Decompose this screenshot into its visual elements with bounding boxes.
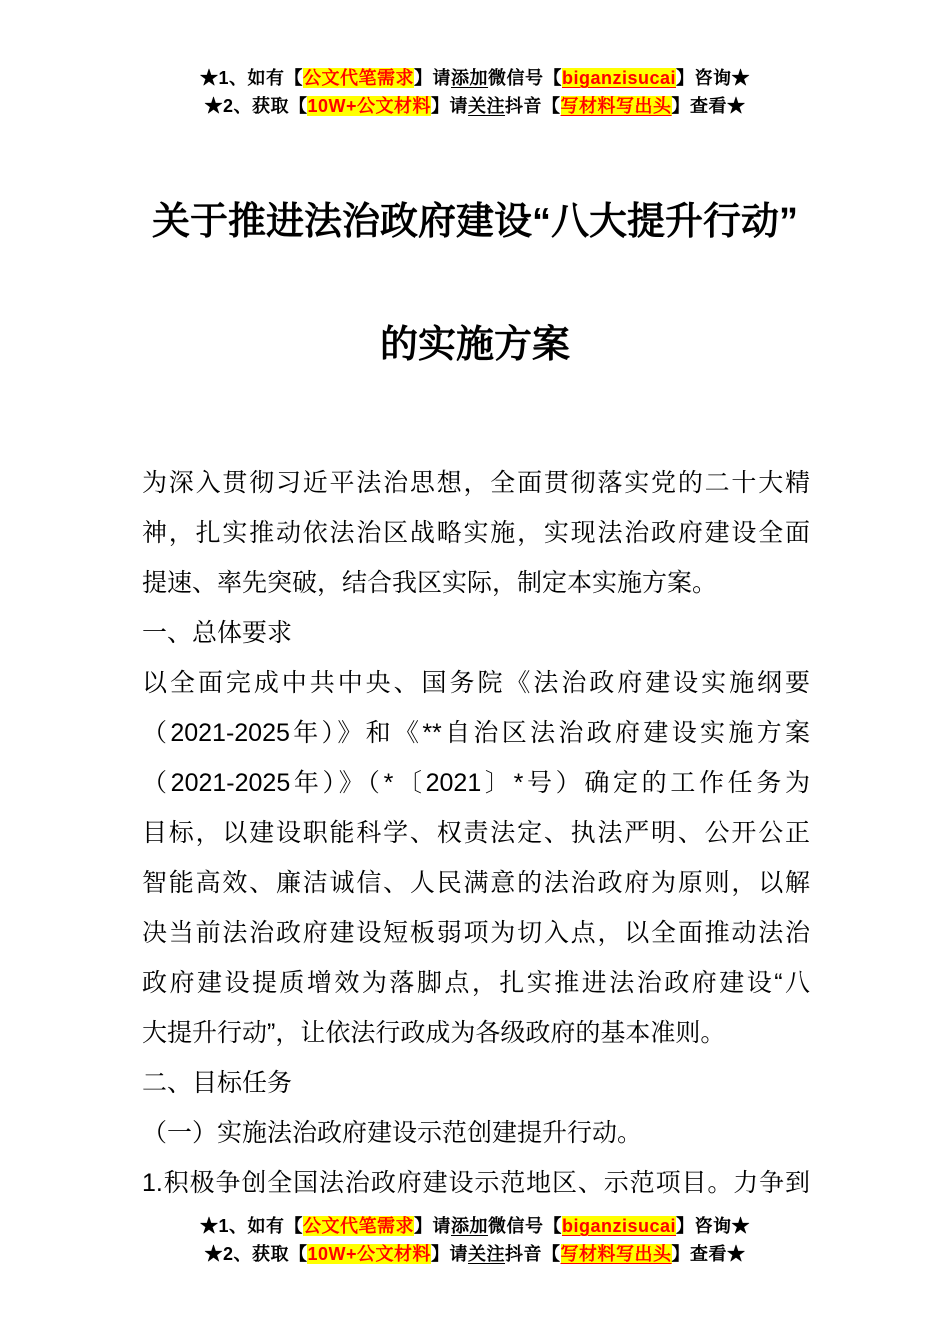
document-title-line2: 的实施方案 [0, 322, 950, 368]
promo-wechat-id: biganzisucai [562, 68, 676, 88]
document-body: 为深入贯彻习近平法治思想，全面贯彻落实党的二十大精神，扎实推动依法治区战略实施，… [142, 458, 810, 1208]
promo-highlight-materials: 10W+公文材料 [307, 1244, 431, 1264]
promo-underline-add: 添加 [451, 1216, 488, 1236]
promo-douyin-id: 写材料写出头 [561, 96, 672, 116]
promo-line-1: ★1、如有【公文代笔需求】请添加微信号【biganzisucai】咨询★ [0, 1212, 950, 1240]
body-line: 目标，以建设职能科学、权责法定、执法严明、公开公正 [142, 808, 810, 858]
promo-highlight-service: 公文代笔需求 [303, 1216, 414, 1236]
header-promo: ★1、如有【公文代笔需求】请添加微信号【biganzisucai】咨询★★2、获… [0, 64, 950, 120]
promo-text: ★1、如有【 [200, 1216, 303, 1236]
promo-line-2: ★2、获取【10W+公文材料】请关注抖音【写材料写出头】查看★ [0, 1240, 950, 1268]
promo-underline-follow: 关注 [468, 1244, 505, 1264]
body-line: （2021-2025年）》和《**自治区法治政府建设实施方案 [142, 708, 810, 758]
body-line: 智能高效、廉洁诚信、人民满意的法治政府为原则，以解 [142, 858, 810, 908]
promo-text: 微信号【 [488, 68, 562, 88]
body-line: （2021-2025年）》（*〔2021〕*号）确定的工作任务为 [142, 758, 810, 808]
promo-text: 】查看★ [672, 1244, 746, 1264]
document-page: ★1、如有【公文代笔需求】请添加微信号【biganzisucai】咨询★★2、获… [0, 0, 950, 1344]
document-title-line1: 关于推进法治政府建设“八大提升行动” [0, 199, 950, 245]
body-line: 大提升行动”，让依法行政成为各级政府的基本准则。 [142, 1008, 810, 1058]
body-line: 决当前法治政府建设短板弱项为切入点，以全面推动法治 [142, 908, 810, 958]
promo-underline-follow: 关注 [468, 96, 505, 116]
promo-wechat-id: biganzisucai [562, 1216, 676, 1236]
promo-highlight-materials: 10W+公文材料 [307, 96, 431, 116]
promo-text: 】咨询★ [676, 1216, 750, 1236]
footer-promo: ★1、如有【公文代笔需求】请添加微信号【biganzisucai】咨询★★2、获… [0, 1212, 950, 1268]
promo-douyin-id: 写材料写出头 [561, 1244, 672, 1264]
body-line: 提速、率先突破，结合我区实际，制定本实施方案。 [142, 558, 810, 608]
body-line: 为深入贯彻习近平法治思想，全面贯彻落实党的二十大精 [142, 458, 810, 508]
promo-text: 抖音【 [505, 1244, 561, 1264]
body-line: 神，扎实推动依法治区战略实施，实现法治政府建设全面 [142, 508, 810, 558]
promo-underline-add: 添加 [451, 68, 488, 88]
promo-text: 微信号【 [488, 1216, 562, 1236]
body-line: 政府建设提质增效为落脚点，扎实推进法治政府建设“八 [142, 958, 810, 1008]
promo-text: ★1、如有【 [200, 68, 303, 88]
promo-text: ★2、获取【 [204, 96, 307, 116]
promo-line-1: ★1、如有【公文代笔需求】请添加微信号【biganzisucai】咨询★ [0, 64, 950, 92]
promo-text: 抖音【 [505, 96, 561, 116]
promo-text: 】咨询★ [676, 68, 750, 88]
promo-text: 】请 [414, 1216, 451, 1236]
promo-highlight-service: 公文代笔需求 [303, 68, 414, 88]
heading-overall-requirements: 一、总体要求 [142, 608, 810, 658]
promo-text: 】请 [414, 68, 451, 88]
promo-line-2: ★2、获取【10W+公文材料】请关注抖音【写材料写出头】查看★ [0, 92, 950, 120]
promo-text: 】查看★ [672, 96, 746, 116]
promo-text: 】请 [431, 1244, 468, 1264]
heading-target-tasks: 二、目标任务 [142, 1058, 810, 1108]
promo-text: 】请 [431, 96, 468, 116]
body-line: 以全面完成中共中央、国务院《法治政府建设实施纲要 [142, 658, 810, 708]
subheading-action-1: （一）实施法治政府建设示范创建提升行动。 [142, 1108, 810, 1158]
promo-text: ★2、获取【 [204, 1244, 307, 1264]
body-line: 1.积极争创全国法治政府建设示范地区、示范项目。力争到 [142, 1158, 810, 1208]
